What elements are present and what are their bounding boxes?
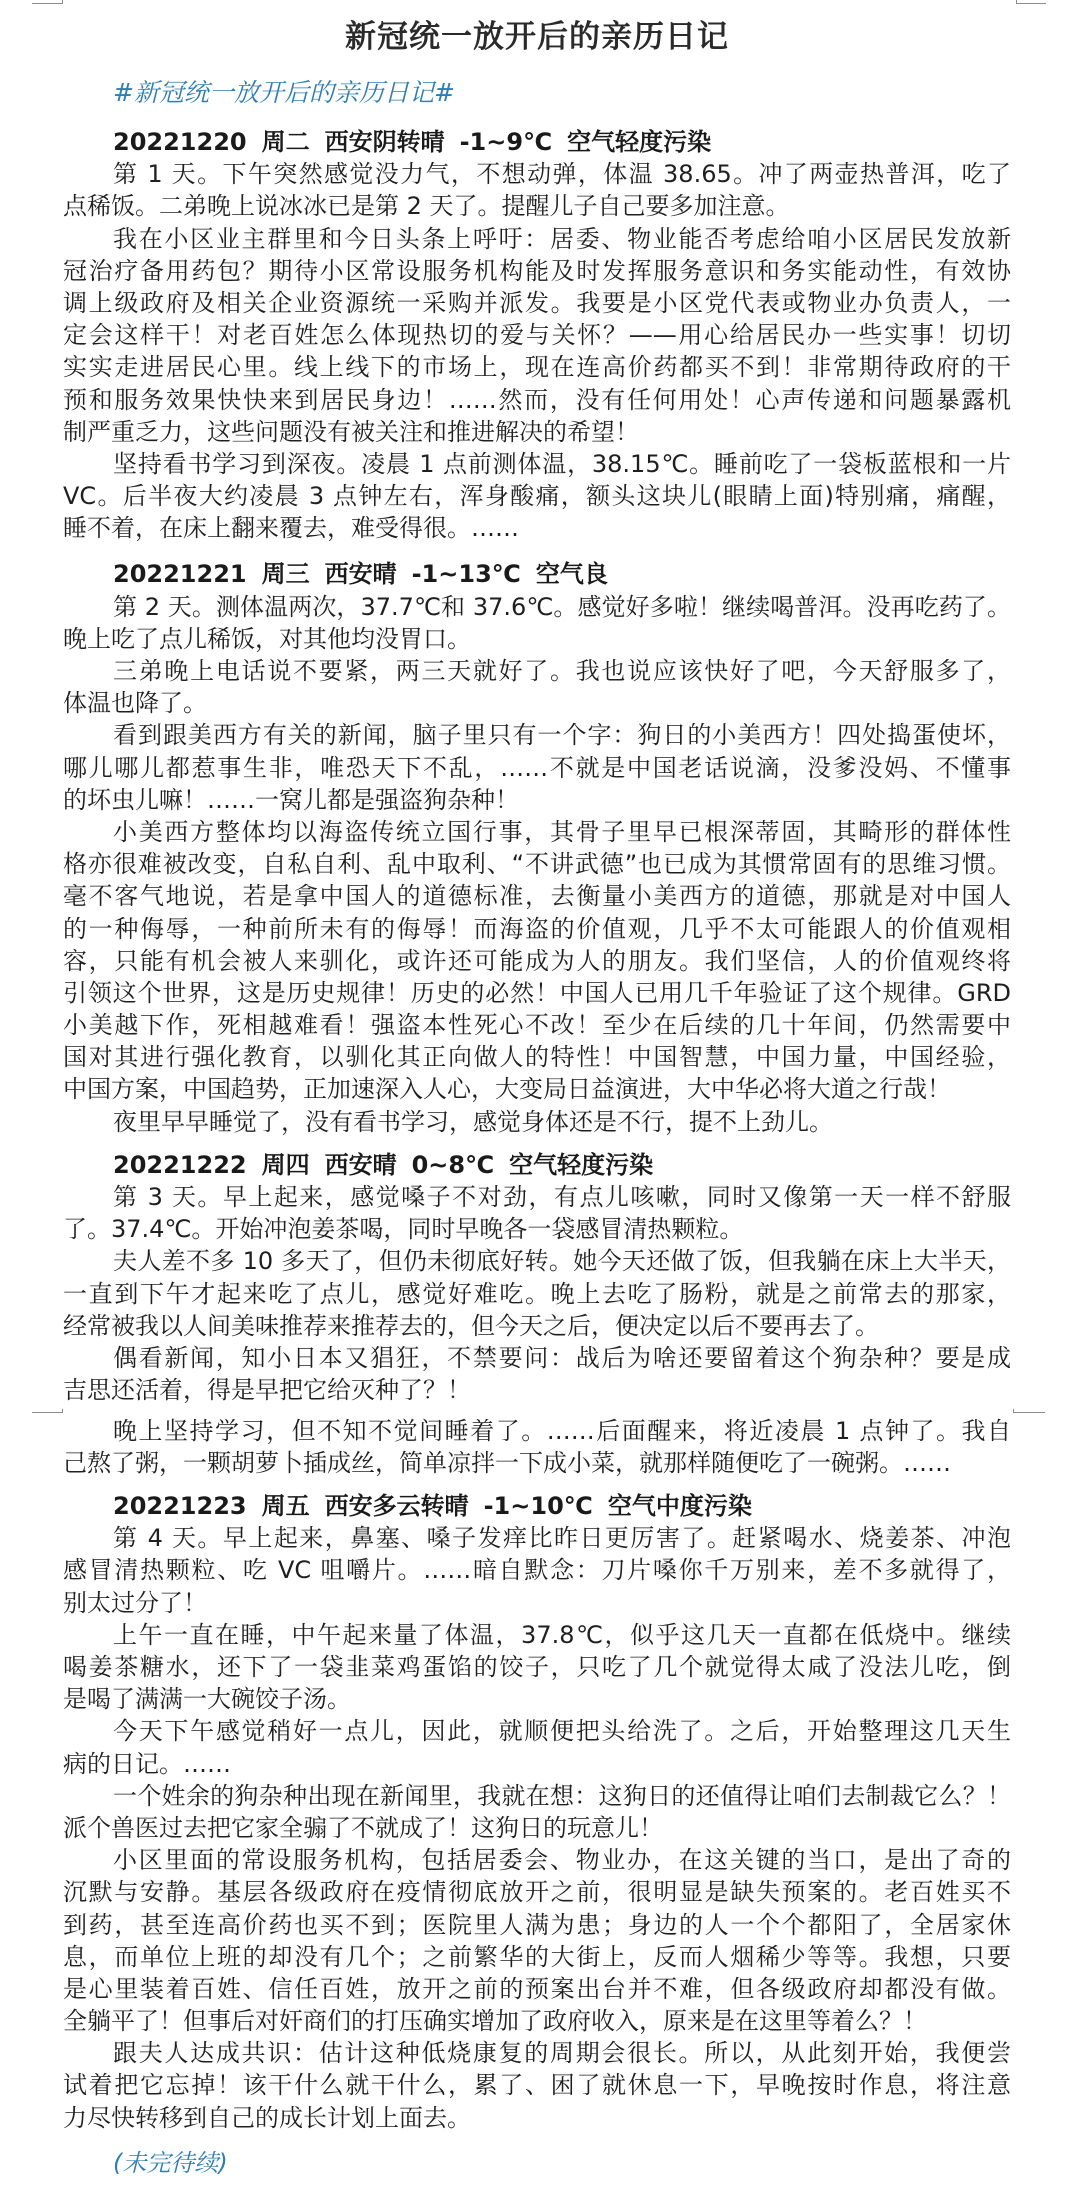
diary-entry: 20221222周四西安晴0~8℃空气轻度污染 第 3 天。早上起来，感觉嗓子不…	[63, 1149, 1011, 1479]
entry-header: 20221221周三西安晴-1~13℃空气良	[63, 558, 1011, 590]
text-line: 哪儿哪儿都惹事生非，唯恐天下不乱，……不就是中国老话说滴，没爹没妈、不懂事	[63, 752, 1011, 784]
text-line: 我在小区业主群里和今日头条上呼吁：居委、物业能否考虑给咱小区居民发放新	[63, 223, 1011, 255]
paragraph: 三弟晚上电话说不要紧，两三天就好了。我也说应该快好了吧，今天舒服多了， 体温也降…	[63, 655, 1011, 719]
entry-date: 20221221	[113, 560, 247, 588]
paragraph: 第 1 天。下午突然感觉没力气，不想动弹，体温 38.65。冲了两壶热普洱，吃了…	[63, 158, 1011, 222]
page-break	[63, 1406, 1011, 1414]
text-line: 偶看新闻，知小日本又猖狂，不禁要问：战后为啥还要留着这个狗杂种？要是成	[63, 1342, 1011, 1374]
text-line: 国对其进行强化教育，以驯化其正向做人的特性！中国智慧，中国力量，中国经验，	[63, 1041, 1011, 1073]
text-line: 力尽快转移到自己的成长计划上面去。	[63, 2102, 1011, 2134]
text-line: 己熬了粥，一颗胡萝卜插成丝，简单凉拌一下成小菜，就那样随便吃了一碗粥。……	[63, 1447, 1011, 1479]
text-line: 容，只能有机会被人来驯化，或许还可能成为人的朋友。我们坚信，人的价值观终将	[63, 945, 1011, 977]
paragraph: 第 4 天。早上起来，鼻塞、嗓子发痒比昨日更厉害了。赶紧喝水、烧姜茶、冲泡 感冒…	[63, 1522, 1011, 1619]
text-line: 了。37.4℃。开始冲泡姜茶喝，同时早晚各一袋感冒清热颗粒。	[63, 1213, 1011, 1245]
paragraph: 坚持看书学习到深夜。凌晨 1 点前测体温，38.15℃。睡前吃了一袋板蓝根和一片…	[63, 448, 1011, 545]
entry-header: 20221222周四西安晴0~8℃空气轻度污染	[63, 1149, 1011, 1181]
text-line: 实实走进居民心里。线上线下的市场上，现在连高价药都买不到！非常期待政府的干	[63, 351, 1011, 383]
text-line: 第 3 天。早上起来，感觉嗓子不对劲，有点儿咳嗽，同时又像第一天一样不舒服	[63, 1181, 1011, 1213]
text-line: 第 1 天。下午突然感觉没力气，不想动弹，体温 38.65。冲了两壶热普洱，吃了	[63, 158, 1011, 190]
entry-date: 20221220	[113, 128, 247, 156]
text-line: 看到跟美西方有关的新闻，脑子里只有一个字：狗日的小美西方！四处捣蛋使坏，	[63, 719, 1011, 751]
diary-entry: 20221223周五西安多云转晴-1~10℃空气中度污染 第 4 天。早上起来，…	[63, 1490, 1011, 2134]
entry-date: 20221223	[113, 1492, 247, 1520]
entry-temperature: -1~13℃	[412, 560, 521, 588]
text-line: 夫人差不多 10 多天了，但仍未彻底好转。她今天还做了饭，但我躺在床上大半天，	[63, 1245, 1011, 1277]
to-be-continued-note: (未完待续)	[63, 2147, 1011, 2179]
text-line: 别太过分了！	[63, 1587, 1011, 1619]
entry-header: 20221223周五西安多云转晴-1~10℃空气中度污染	[63, 1490, 1011, 1522]
diary-entry: 20221220周二西安阴转晴-1~9℃空气轻度污染 第 1 天。下午突然感觉没…	[63, 126, 1011, 544]
page-break-mark-left	[32, 1412, 62, 1413]
text-line: 定会这样干！对老百姓怎么体现热切的爱与关怀？——用心给居民办一些实事！切切	[63, 319, 1011, 351]
document-page: 新冠统一放开后的亲历日记 #新冠统一放开后的亲历日记# 20221220周二西安…	[0, 0, 1080, 2207]
entry-weekday: 周二	[262, 128, 310, 156]
text-line: 三弟晚上电话说不要紧，两三天就好了。我也说应该快好了吧，今天舒服多了，	[63, 655, 1011, 687]
text-line: 晚上坚持学习，但不知不觉间睡着了。……后面醒来，将近凌晨 1 点钟了。我自	[63, 1415, 1011, 1447]
text-line: 沉默与安静。基层各级政府在疫情彻底放开之前，很明显是缺失预案的。老百姓买不	[63, 1876, 1011, 1908]
entry-weather: 西安晴	[325, 560, 397, 588]
page-corner-mark-top-left-tick	[62, 0, 63, 4]
text-line: 睡不着，在床上翻来覆去，难受得很。……	[63, 512, 1011, 544]
paragraph: 偶看新闻，知小日本又猖狂，不禁要问：战后为啥还要留着这个狗杂种？要是成 吉思还活…	[63, 1342, 1011, 1406]
text-line: 第 2 天。测体温两次，37.7℃和 37.6℃。感觉好多啦！继续喝普洱。没再吃…	[63, 591, 1011, 623]
text-line: 经常被我以人间美味推荐来推荐去的，但今天之后，便决定以后不要再去了。	[63, 1310, 1011, 1342]
entry-header: 20221220周二西安阴转晴-1~9℃空气轻度污染	[63, 126, 1011, 158]
text-line: 吉思还活着，得是早把它给灭种了？！	[63, 1374, 1011, 1406]
entry-air-quality: 空气轻度污染	[509, 1151, 653, 1179]
document-body: #新冠统一放开后的亲历日记# 20221220周二西安阴转晴-1~9℃空气轻度污…	[63, 77, 1011, 2179]
text-line: 病的日记。……	[63, 1748, 1011, 1780]
text-line: 全躺平了！但事后对奸商们的打压确实增加了政府收入，原来是在这里等着么？！	[63, 2005, 1011, 2037]
text-line: 息，而单位上班的却没有几个；之前繁华的大街上，反而人烟稀少等等。我想，只要	[63, 1941, 1011, 1973]
entry-weekday: 周三	[262, 560, 310, 588]
text-line: 中国方案，中国趋势，正加速深入人心，大变局日益演进，大中华必将大道之行哉！	[63, 1073, 1011, 1105]
text-line: 小区里面的常设服务机构，包括居委会、物业办，在这关键的当口，是出了奇的	[63, 1844, 1011, 1876]
paragraph: 我在小区业主群里和今日头条上呼吁：居委、物业能否考虑给咱小区居民发放新 冠治疗备…	[63, 223, 1011, 448]
text-line: 毫不客气地说，若是拿中国人的道德标准，去衡量小美西方的道德，那就是对中国人	[63, 880, 1011, 912]
entry-temperature: -1~9℃	[460, 128, 553, 156]
paragraph: 夫人差不多 10 多天了，但仍未彻底好转。她今天还做了饭，但我躺在床上大半天， …	[63, 1245, 1011, 1342]
paragraph: 上午一直在睡，中午起来量了体温，37.8℃，似乎这几天一直都在低烧中。继续 喝姜…	[63, 1619, 1011, 1716]
page-corner-mark-top-left	[32, 3, 62, 4]
entry-weather: 西安阴转晴	[325, 128, 445, 156]
page-corner-mark-top-right	[1016, 3, 1046, 4]
text-line: 一直到下午才起来吃了点儿，感觉好难吃。晚上去吃了肠粉，就是之前常去的那家，	[63, 1278, 1011, 1310]
entry-temperature: 0~8℃	[412, 1151, 495, 1179]
text-line: 一个姓余的狗杂种出现在新闻里，我就在想：这狗日的还值得让咱们去制裁它么？！	[63, 1780, 1011, 1812]
entry-weekday: 周五	[262, 1492, 310, 1520]
text-line: 感冒清热颗粒、吃 VC 咀嚼片。……暗自默念：刀片嗓你千万别来，差不多就得了，	[63, 1554, 1011, 1586]
diary-entry: 20221221周三西安晴-1~13℃空气良 第 2 天。测体温两次，37.7℃…	[63, 558, 1011, 1137]
paragraph: 今天下午感觉稍好一点儿，因此，就顺便把头给洗了。之后，开始整理这几天生 病的日记…	[63, 1715, 1011, 1779]
document-title: 新冠统一放开后的亲历日记	[0, 17, 1074, 57]
text-line: 的坏虫儿嘛！……一窝儿都是强盗狗杂种！	[63, 784, 1011, 816]
text-line: 是喝了满满一大碗饺子汤。	[63, 1683, 1011, 1715]
paragraph: 小美西方整体均以海盗传统立国行事，其骨子里早已根深蒂固，其畸形的群体性 格亦很难…	[63, 816, 1011, 1106]
entry-weekday: 周四	[262, 1151, 310, 1179]
text-line: 上午一直在睡，中午起来量了体温，37.8℃，似乎这几天一直都在低烧中。继续	[63, 1619, 1011, 1651]
paragraph: 晚上坚持学习，但不知不觉间睡着了。……后面醒来，将近凌晨 1 点钟了。我自 己熬…	[63, 1415, 1011, 1479]
entry-weather: 西安多云转晴	[325, 1492, 469, 1520]
entry-air-quality: 空气轻度污染	[567, 128, 711, 156]
text-line: 晚上吃了点儿稀饭，对其他均没胃口。	[63, 623, 1011, 655]
text-line: 格亦很难被改变，自私自利、乱中取利、“不讲武德”也已成为其惯常固有的思维习惯。	[63, 848, 1011, 880]
text-line: 点稀饭。二弟晚上说冰冰已是第 2 天了。提醒儿子自己要多加注意。	[63, 190, 1011, 222]
paragraph: 跟夫人达成共识：估计这种低烧康复的周期会很长。所以，从此刻开始，我便尝 试着把它…	[63, 2037, 1011, 2134]
paragraph: 小区里面的常设服务机构，包括居委会、物业办，在这关键的当口，是出了奇的 沉默与安…	[63, 1844, 1011, 2037]
entry-air-quality: 空气良	[536, 560, 608, 588]
text-line: 引领这个世界，这是历史规律！历史的必然！中国人已用几千年验证了这个规律。GRD	[63, 977, 1011, 1009]
text-line: 体温也降了。	[63, 687, 1011, 719]
text-line: 坚持看书学习到深夜。凌晨 1 点前测体温，38.15℃。睡前吃了一袋板蓝根和一片	[63, 448, 1011, 480]
entry-temperature: -1~10℃	[484, 1492, 593, 1520]
text-line: VC。后半夜大约凌晨 3 点钟左右，浑身酸痛，额头这块儿(眼睛上面)特别痛，痛醒…	[63, 480, 1011, 512]
entry-date: 20221222	[113, 1151, 247, 1179]
text-line: 今天下午感觉稍好一点儿，因此，就顺便把头给洗了。之后，开始整理这几天生	[63, 1715, 1011, 1747]
text-line: 预和服务效果快快来到居民身边！……然而，没有任何用处！心声传递和问题暴露机	[63, 384, 1011, 416]
page-break-mark-right	[1013, 1412, 1045, 1413]
text-line: 的一种侮辱，一种前所未有的侮辱！而海盗的价值观，几乎不太可能跟人的价值观相	[63, 913, 1011, 945]
paragraph: 第 3 天。早上起来，感觉嗓子不对劲，有点儿咳嗽，同时又像第一天一样不舒服 了。…	[63, 1181, 1011, 1245]
text-line: 调上级政府及相关企业资源统一采购并派发。我要是小区党代表或物业办负责人，一	[63, 287, 1011, 319]
entry-weather: 西安晴	[325, 1151, 397, 1179]
text-line: 试着把它忘掉！该干什么就干什么，累了、困了就休息一下，早晚按时作息，将注意	[63, 2069, 1011, 2101]
entry-air-quality: 空气中度污染	[608, 1492, 752, 1520]
text-line: 小美越下作，死相越难看！强盗本性死心不改！至少在后续的几十年间，仍然需要中	[63, 1009, 1011, 1041]
topic-hashtag: #新冠统一放开后的亲历日记#	[63, 77, 1011, 109]
text-line: 制严重乏力，这些问题没有被关注和推进解决的希望！	[63, 416, 1011, 448]
text-line: 到药，甚至连高价药也买不到；医院里人满为患；身边的人一个个都阳了，全居家休	[63, 1909, 1011, 1941]
paragraph: 一个姓余的狗杂种出现在新闻里，我就在想：这狗日的还值得让咱们去制裁它么？！ 派个…	[63, 1780, 1011, 1844]
text-line: 喝姜茶糖水，还下了一袋韭菜鸡蛋馅的饺子，只吃了几个就觉得太咸了没法儿吃，倒	[63, 1651, 1011, 1683]
text-line: 小美西方整体均以海盗传统立国行事，其骨子里早已根深蒂固，其畸形的群体性	[63, 816, 1011, 848]
paragraph: 看到跟美西方有关的新闻，脑子里只有一个字：狗日的小美西方！四处捣蛋使坏， 哪儿哪…	[63, 719, 1011, 816]
text-line: 第 4 天。早上起来，鼻塞、嗓子发痒比昨日更厉害了。赶紧喝水、烧姜茶、冲泡	[63, 1522, 1011, 1554]
paragraph: 夜里早早睡觉了，没有看书学习，感觉身体还是不行，提不上劲儿。	[63, 1106, 1011, 1138]
text-line: 跟夫人达成共识：估计这种低烧康复的周期会很长。所以，从此刻开始，我便尝	[63, 2037, 1011, 2069]
paragraph: 第 2 天。测体温两次，37.7℃和 37.6℃。感觉好多啦！继续喝普洱。没再吃…	[63, 591, 1011, 655]
text-line: 派个兽医过去把它家全骟了不就成了！这狗日的玩意儿！	[63, 1812, 1011, 1844]
text-line: 夜里早早睡觉了，没有看书学习，感觉身体还是不行，提不上劲儿。	[63, 1106, 1011, 1138]
text-line: 冠治疗备用药包？期待小区常设服务机构能及时发挥服务意识和务实能动性，有效协	[63, 255, 1011, 287]
text-line: 是心里装着百姓、信任百姓，放开之前的预案出台并不难，但各级政府却都没有做。	[63, 1973, 1011, 2005]
